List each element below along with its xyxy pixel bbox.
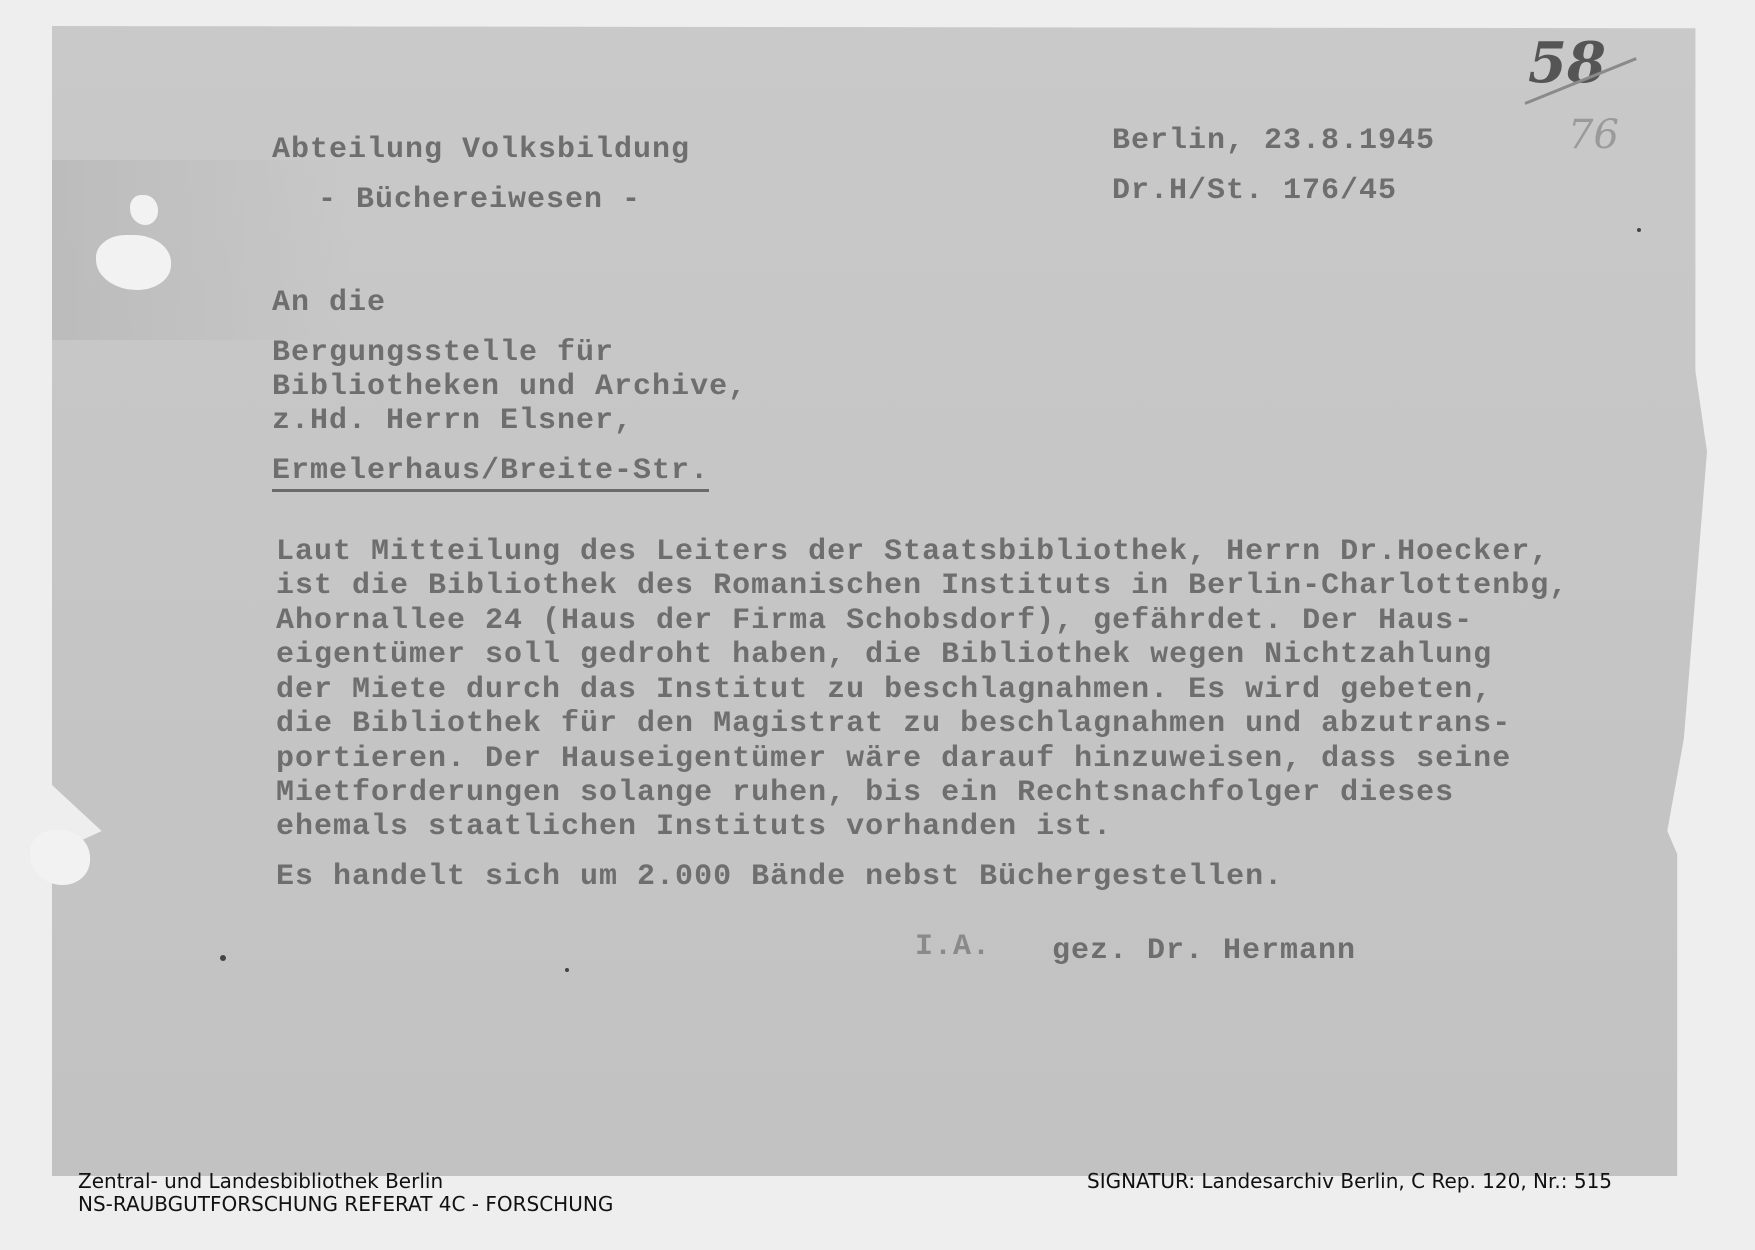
stray-mark xyxy=(565,968,569,972)
stray-mark xyxy=(220,955,226,961)
body-line: die Bibliothek für den Magistrat zu besc… xyxy=(276,707,1511,742)
footer-signature-reference: SIGNATUR: Landesarchiv Berlin, C Rep. 12… xyxy=(1087,1170,1612,1192)
body-line: ehemals staatlichen Instituts vorhanden … xyxy=(276,810,1112,845)
signature-prefix: I.A. xyxy=(915,930,991,964)
date-line: Berlin, 23.8.1945 xyxy=(1112,124,1435,158)
paper-tear-hole xyxy=(130,195,158,225)
recipient-line: z.Hd. Herrn Elsner, xyxy=(272,404,633,438)
recipient-line: Bibliotheken und Archive, xyxy=(272,370,747,404)
body-line: der Miete durch das Institut zu beschlag… xyxy=(276,673,1492,708)
letterhead-section: - Büchereiwesen - xyxy=(318,183,641,217)
body-line: portieren. Der Hauseigentümer wäre darau… xyxy=(276,742,1511,777)
footer-institution: Zentral- und Landesbibliothek Berlin xyxy=(78,1170,443,1192)
recipient-line: Bergungsstelle für xyxy=(272,336,614,370)
stray-mark xyxy=(1637,228,1641,232)
body-line: ist die Bibliothek des Romanischen Insti… xyxy=(276,569,1568,604)
recipient-address: Ermelerhaus/Breite-Str. xyxy=(272,454,709,492)
reference-number: Dr.H/St. 176/45 xyxy=(1112,174,1397,208)
body-line: eigentümer soll gedroht haben, die Bibli… xyxy=(276,638,1492,673)
body-line: Mietforderungen solange ruhen, bis ein R… xyxy=(276,776,1454,811)
footer-department: NS-RAUBGUTFORSCHUNG REFERAT 4C - FORSCHU… xyxy=(78,1193,613,1215)
recipient-salutation: An die xyxy=(272,286,386,320)
letter-body-closing-paragraph: Es handelt sich um 2.000 Bände nebst Büc… xyxy=(276,860,1283,895)
letterhead-department: Abteilung Volksbildung xyxy=(272,133,690,167)
folio-number-current: 76 xyxy=(1568,112,1619,158)
body-line: Ahornallee 24 (Haus der Firma Schobsdorf… xyxy=(276,604,1473,639)
body-line: Laut Mitteilung des Leiters der Staatsbi… xyxy=(276,535,1549,570)
signature-name: gez. Dr. Hermann xyxy=(1052,934,1356,968)
